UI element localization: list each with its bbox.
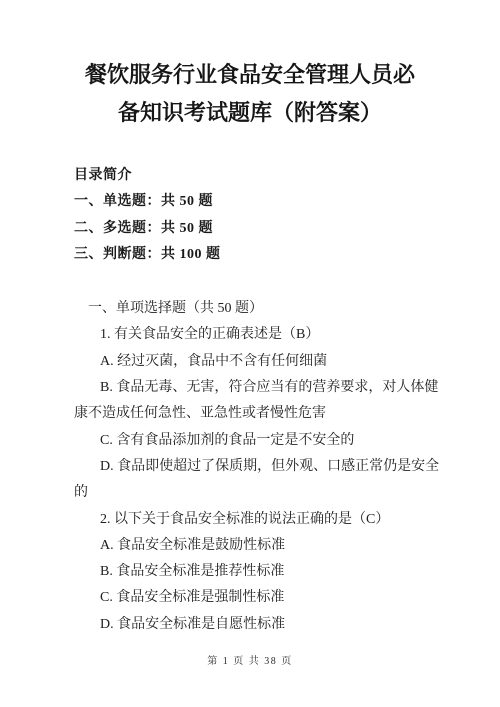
question-1-text: 1. 有关食品安全的正确表述是（B） bbox=[74, 322, 500, 348]
question-2-option-a: A. 食品安全标准是鼓励性标准 bbox=[74, 533, 500, 559]
toc-item-multi-choice: 二、多选题：共 50 题 bbox=[74, 216, 440, 242]
question-1-option-d-continuation: 的 bbox=[74, 480, 500, 506]
question-1-option-c: C. 含有食品添加剂的食品一定是不安全的 bbox=[74, 428, 500, 454]
document-title-line-1: 餐饮服务行业食品安全管理人员必 bbox=[0, 56, 500, 94]
question-1-option-b-continuation: 康不造成任何急性、亚急性或者慢性危害 bbox=[74, 401, 500, 427]
question-1-option-a: A. 经过灭菌，食品中不含有任何细菌 bbox=[74, 349, 500, 375]
question-1-option-d: D. 食品即使超过了保质期，但外观、口感正常仍是安全 bbox=[74, 454, 500, 480]
toc-item-true-false: 三、判断题：共 100 题 bbox=[74, 242, 440, 268]
question-1-option-b: B. 食品无毒、无害，符合应当有的营养要求，对人体健 bbox=[74, 375, 500, 401]
section-heading: 一、单项选择题（共 50 题） bbox=[74, 296, 500, 322]
document-title-line-2: 备知识考试题库（附答案） bbox=[0, 94, 500, 132]
toc: 目录简介 一、单选题：共 50 题 二、多选题：共 50 题 三、判断题：共 1… bbox=[0, 163, 500, 268]
question-body: 一、单项选择题（共 50 题） 1. 有关食品安全的正确表述是（B） A. 经过… bbox=[0, 296, 500, 638]
document-title: 餐饮服务行业食品安全管理人员必 备知识考试题库（附答案） bbox=[0, 0, 500, 132]
question-2-option-d: D. 食品安全标准是自愿性标准 bbox=[74, 612, 500, 638]
question-2-option-b: B. 食品安全标准是推荐性标准 bbox=[74, 559, 500, 585]
page-footer: 第 1 页 共 38 页 bbox=[0, 652, 500, 667]
toc-item-single-choice: 一、单选题：共 50 题 bbox=[74, 189, 440, 215]
document-page: 餐饮服务行业食品安全管理人员必 备知识考试题库（附答案） 目录简介 一、单选题：… bbox=[0, 0, 500, 707]
question-2-text: 2. 以下关于食品安全标准的说法正确的是（C） bbox=[74, 507, 500, 533]
toc-heading: 目录简介 bbox=[74, 163, 440, 189]
question-2-option-c: C. 食品安全标准是强制性标准 bbox=[74, 585, 500, 611]
